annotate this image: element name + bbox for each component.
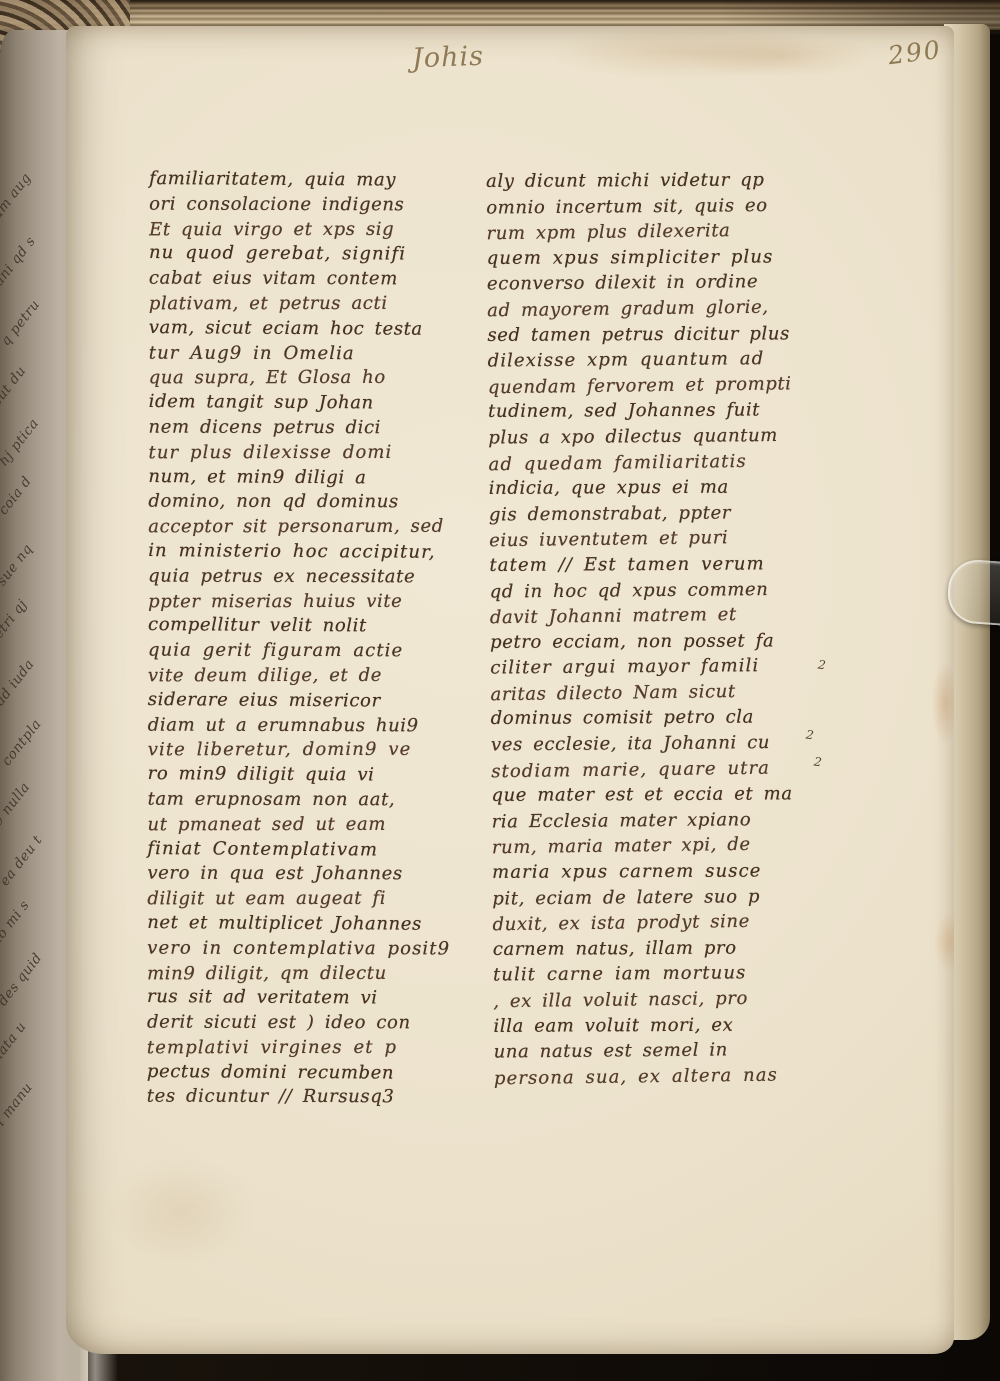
facing-page-text-fragment: des quid	[0, 950, 46, 1009]
manuscript-text-line: quem xpus simpliciter plus	[487, 244, 832, 271]
manuscript-text-line: maria xpus carnem susce	[492, 858, 837, 885]
manuscript-text-line: finiat Contemplativam	[147, 837, 467, 864]
facing-page-text-fragment: 9 nulla	[0, 779, 33, 829]
manuscript-text-line: dilexisse xpm quantum ad	[488, 346, 833, 375]
manuscript-text-line: vero in qua est Johannes	[147, 862, 467, 888]
manuscript-text-line: ut pmaneat sed ut eam	[147, 812, 467, 837]
manuscript-text-line: eius iuventutem et puri	[489, 524, 834, 554]
running-title: Johis	[411, 41, 484, 74]
text-column-left: familiaritatem, quia mayori consolacione…	[147, 168, 469, 1111]
manuscript-text-line: sed tamen petrus dicitur plus	[487, 321, 832, 348]
manuscript-text-line: diligit ut eam augeat fi	[147, 887, 467, 912]
manuscript-text-line: quia gerit figuram actie	[148, 639, 468, 665]
manuscript-text-line: siderare eius misericor	[148, 688, 468, 715]
manuscript-text-line: rus sit ad veritatem vi	[147, 985, 467, 1012]
manuscript-text-line: vero in contemplativa posit9	[147, 936, 467, 962]
manuscript-text-line: templativi virgines et p	[147, 1036, 467, 1061]
facing-page-text-fragment: sut du	[0, 363, 29, 409]
manuscript-text-line: davit Johanni matrem et	[490, 601, 835, 631]
facing-page-text-fragment: no mi s	[0, 897, 33, 949]
manuscript-text-line: cabat eius vitam contem	[149, 267, 469, 293]
manuscript-text-line: , ex illa voluit nasci, pro	[493, 985, 838, 1015]
margin-tie-mark: 2	[813, 755, 823, 770]
manuscript-text-line: tulit carne iam mortuus	[493, 960, 838, 989]
manuscript-text-line: vam, sicut eciam hoc testa	[149, 316, 469, 343]
parchment-stain	[686, 34, 876, 78]
facing-page-text-fragment: ani qd s	[0, 233, 39, 288]
manuscript-text-line: nem dicens petrus dici	[149, 416, 469, 442]
manuscript-text-line: derit sicuti est ) ideo con	[147, 1011, 467, 1037]
manuscript-text-line: in ministerio hoc accipitur,	[148, 539, 468, 566]
manuscript-text-line: omnio incertum sit, quis eo	[486, 192, 831, 221]
manuscript-text-line: acceptor sit personarum, sed	[148, 515, 468, 540]
manuscript-text-line: que mater est et eccia et ma	[491, 781, 836, 808]
manuscript-text-line: diam ut a erumnabus hui9	[148, 713, 468, 739]
manuscript-text-line: quia petrus ex necessitate	[148, 564, 468, 590]
manuscript-text-line: tur plus dilexisse domi	[148, 440, 468, 465]
manuscript-text-line: vite deum dilige, et de	[148, 664, 468, 689]
manuscript-text-line: nu quod gerebat, signifi	[149, 241, 469, 268]
manuscript-page: Johis 290 familiaritatem, quia mayori co…	[66, 26, 954, 1354]
manuscript-text-line: ad mayorem gradum glorie,	[487, 294, 832, 324]
manuscript-text-line: ro min9 diligit quia vi	[148, 762, 468, 789]
facing-page-text-fragment: sue nq	[0, 541, 36, 589]
manuscript-text-line: ppter miserias huius vite	[148, 589, 468, 614]
parchment-stain	[106, 1156, 256, 1266]
manuscript-text-line: domino, non qd dominus	[148, 490, 468, 516]
manuscript-text-line: ciliter argui mayor famili	[490, 653, 835, 682]
manuscript-text-line: min9 diligit, qm dilectu	[147, 961, 467, 986]
manuscript-text-line: ori consolacione indigens	[149, 192, 469, 218]
manuscript-text-line: qua supra, Et Glosa ho	[149, 366, 469, 391]
manuscript-text-line: persona sua, ex altera nas	[494, 1062, 839, 1092]
manuscript-text-line: qd in hoc qd xpus commen	[490, 576, 835, 605]
manuscript-text-line: econverso dilexit in ordine	[487, 269, 832, 298]
manuscript-photo: { "page": { "running_title": "Johis", "f…	[0, 0, 1000, 1381]
facing-page-text-fragment: ad iuda	[0, 656, 38, 709]
manuscript-text-line: dominus comisit petro cla	[491, 705, 836, 732]
margin-tie-mark: 2	[805, 728, 815, 743]
manuscript-text-line: compellitur velit nolit	[148, 613, 468, 640]
manuscript-text-line: idem tangit sup Johan	[149, 390, 469, 417]
manuscript-text-line: aly dicunt michi videtur qp	[486, 167, 831, 194]
facing-page-text-fragment: ea deu t	[0, 832, 46, 889]
facing-page-text-fragment: cum aug	[0, 170, 35, 229]
manuscript-text-line: tatem // Est tamen verum	[489, 551, 834, 578]
facing-page-text-fragment: q petru	[0, 297, 43, 349]
manuscript-text-line: tam erupnosam non aat,	[148, 788, 468, 814]
facing-page-text-fragment: petri qj	[0, 597, 31, 649]
manuscript-text-line: stodiam marie, quare utra	[491, 754, 836, 784]
manuscript-text-line: tudinem, sed Johannes fuit	[488, 397, 833, 424]
manuscript-text-line: illa eam voluit mori, ex	[493, 1012, 838, 1039]
facing-page-text-fragment: plata u	[0, 1019, 30, 1069]
manuscript-text-line: aritas dilecto Nam sicut	[490, 678, 835, 708]
margin-tie-mark: 2	[817, 658, 827, 673]
manuscript-text-line: una natus est semel in	[494, 1037, 839, 1066]
manuscript-text-line: plativam, et petrus acti	[149, 292, 469, 317]
manuscript-text-line: rum, maria mater xpi, de	[492, 831, 837, 861]
manuscript-text-line: tes dicuntur // Rursusq3	[147, 1085, 467, 1111]
facing-page-text-fragment: p coia d	[0, 473, 35, 528]
manuscript-text-line: pectus domini recumben	[147, 1060, 467, 1087]
manuscript-text-line: quendam fervorem et prompti	[488, 371, 833, 401]
facing-page-text-fragment: contpla	[0, 716, 45, 769]
facing-page-text-fragment: hj ptica	[0, 416, 42, 469]
manuscript-text-line: Et quia virgo et xps sig	[149, 217, 469, 242]
manuscript-text-line: carnem natus, illam pro	[493, 935, 838, 962]
facing-page-text-fragment: i manu	[0, 1080, 36, 1129]
manuscript-text-line: indicia, que xpus ei ma	[489, 474, 834, 501]
manuscript-text-line: rum xpm plus dilexerita	[486, 217, 831, 247]
manuscript-text-line: net et multiplicet Johannes	[147, 911, 467, 938]
manuscript-text-line: petro ecciam, non posset fa	[490, 628, 835, 655]
manuscript-text-line: duxit, ex ista prodyt sine	[492, 908, 837, 938]
manuscript-text-line: familiaritatem, quia may	[149, 167, 469, 194]
manuscript-text-line: tur Aug9 in Omelia	[149, 341, 469, 367]
manuscript-text-line: ad quedam familiaritatis	[488, 447, 833, 477]
manuscript-text-line: vite liberetur, domin9 ve	[148, 738, 468, 763]
folio-number: 290	[886, 35, 943, 70]
text-column-right: aly dicunt michi videtur qpomnio incertu…	[486, 167, 839, 1091]
manuscript-text-line: num, et min9 diligi a	[148, 465, 468, 492]
manuscript-text-line: plus a xpo dilectus quantum	[488, 422, 833, 451]
manuscript-text-line: ves ecclesie, ita Johanni cu	[491, 730, 836, 759]
